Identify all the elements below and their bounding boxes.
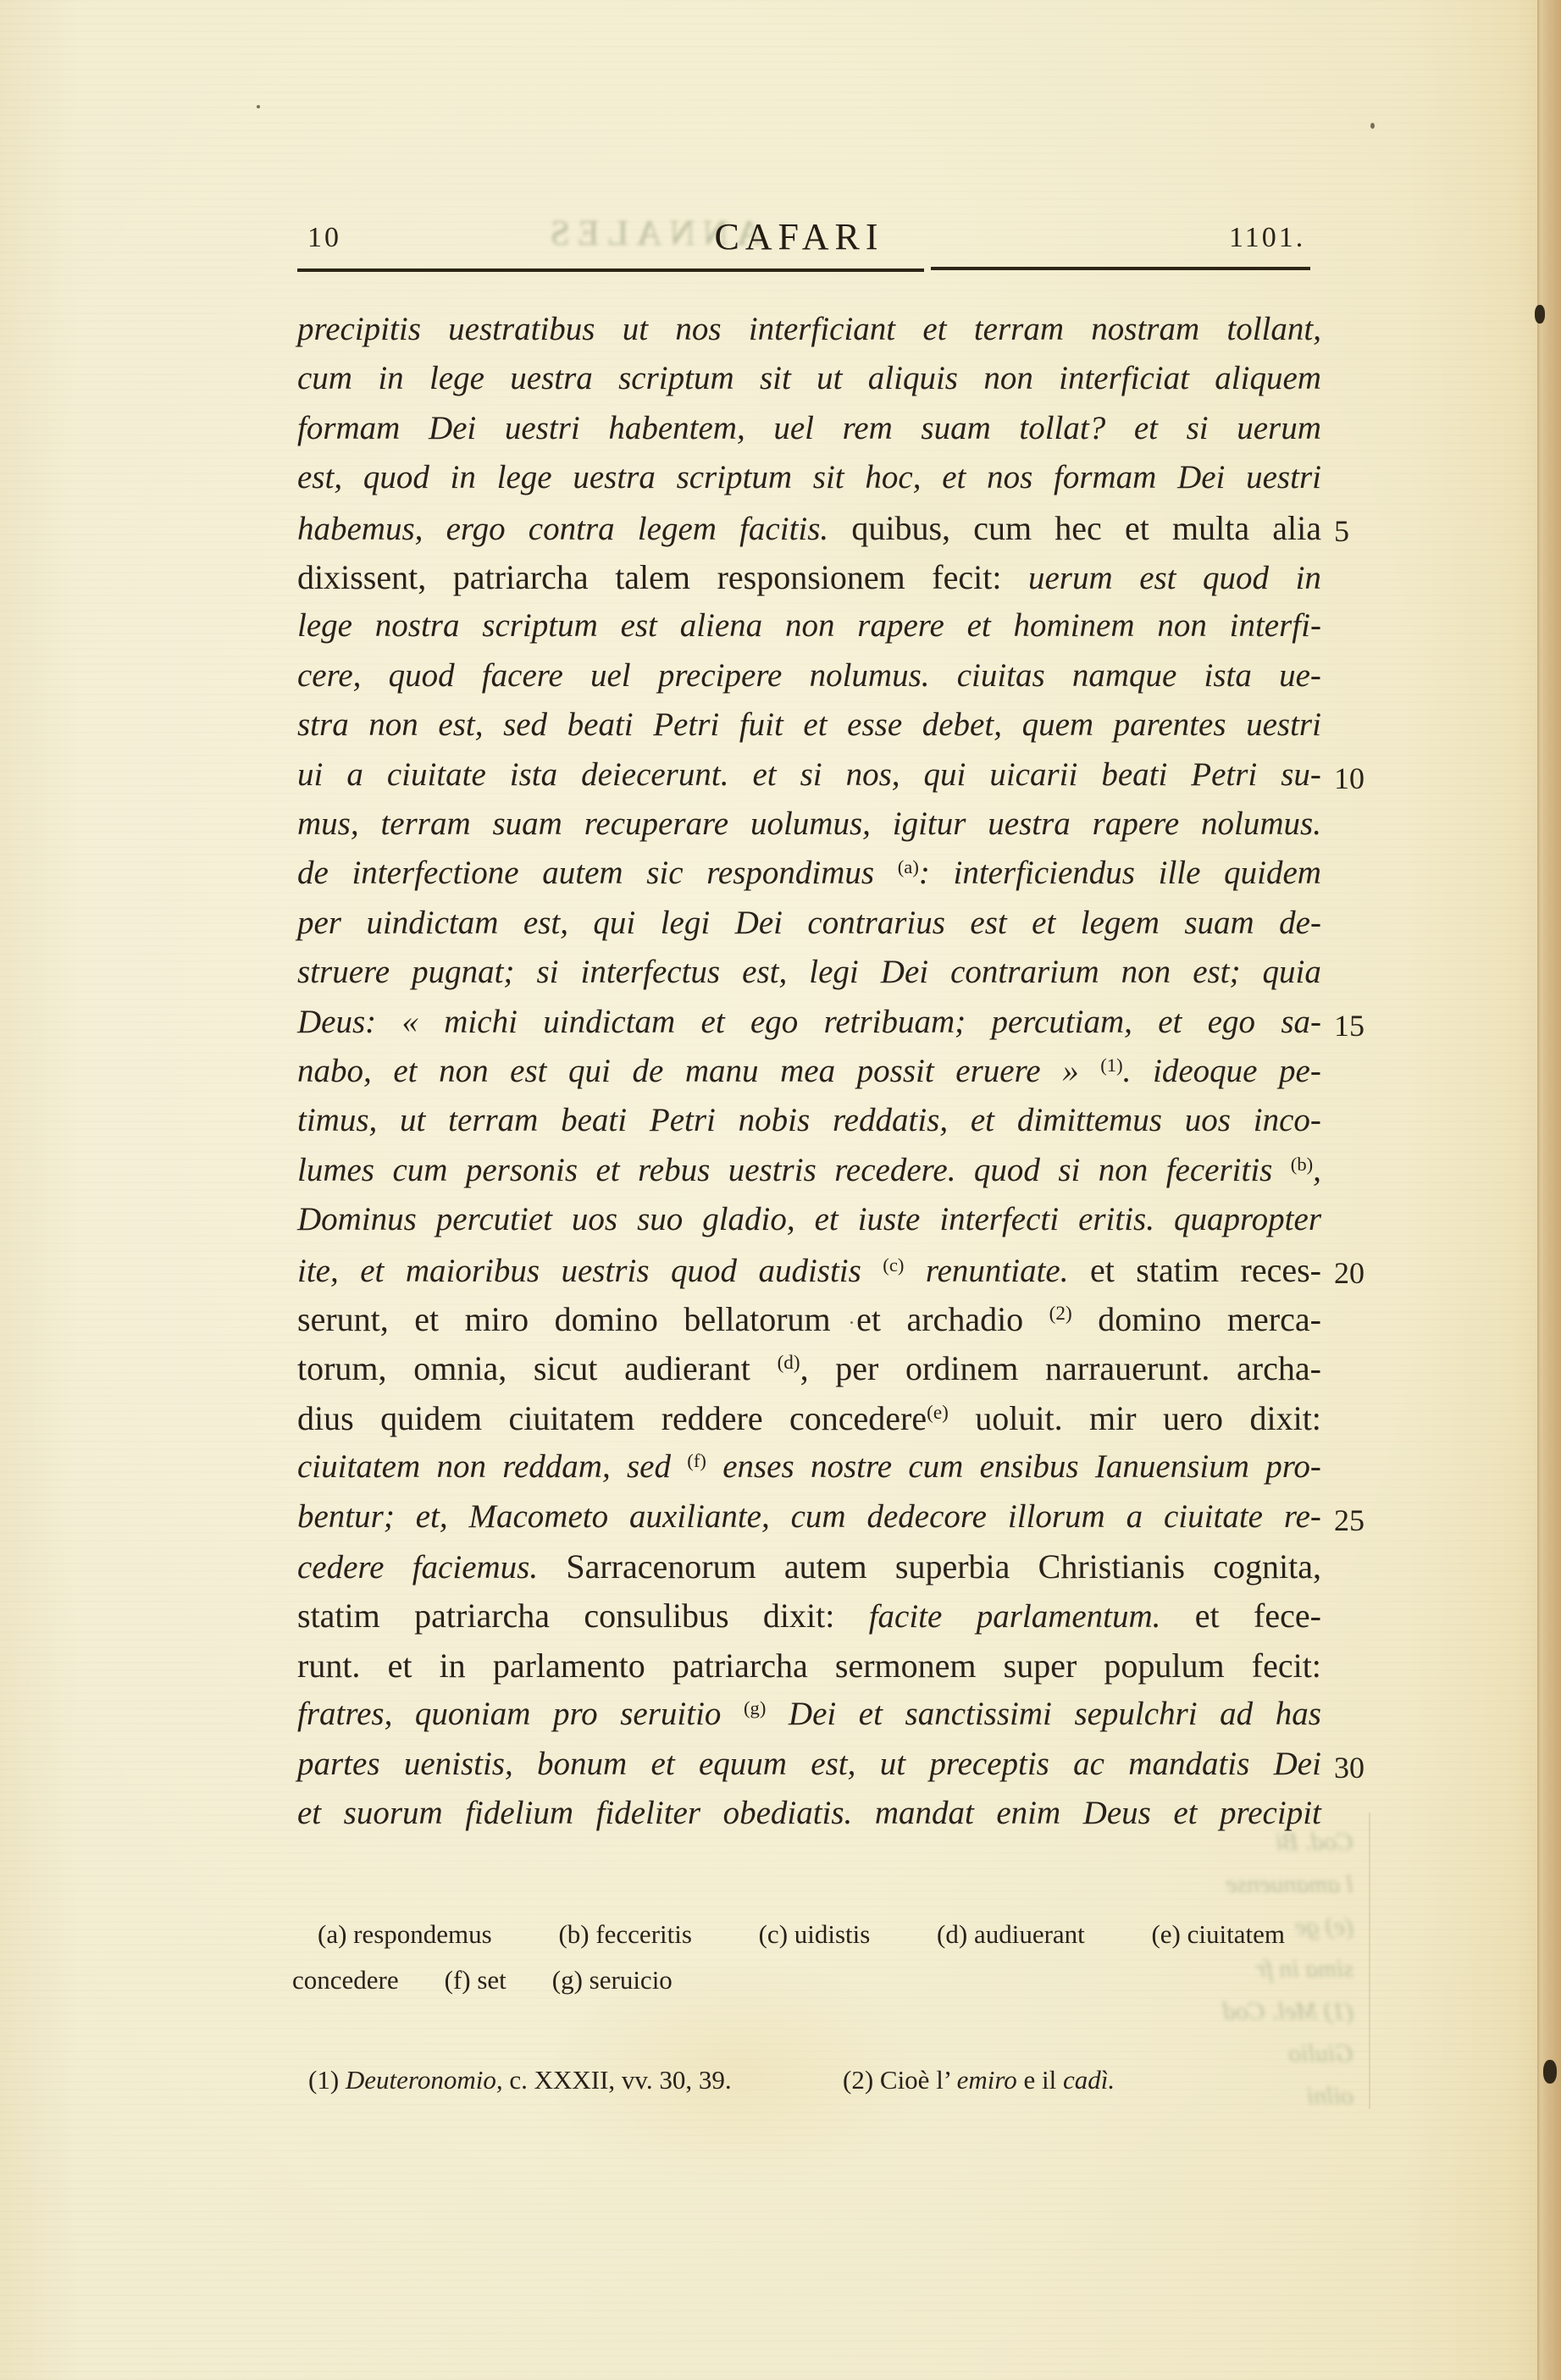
word: hominem	[1014, 606, 1135, 645]
word: sit	[760, 359, 791, 397]
word: sanctissimi	[905, 1695, 1052, 1733]
word: non	[368, 706, 418, 744]
word: Dei	[1177, 458, 1225, 496]
word: reddere	[661, 1398, 763, 1438]
word: uerum	[1028, 559, 1113, 597]
word: est	[621, 606, 657, 645]
word: Dei	[735, 904, 783, 942]
word: cum	[791, 1497, 846, 1536]
word: si	[1058, 1151, 1080, 1189]
word: obediatis.	[723, 1794, 853, 1832]
word: enim	[996, 1794, 1060, 1832]
word: eruere	[955, 1052, 1040, 1090]
footnote-segment: emiro	[957, 2065, 1017, 2095]
word: archadio	[906, 1299, 1023, 1339]
word: enses	[722, 1447, 794, 1486]
word: uolumus,	[750, 805, 871, 843]
bleedthrough-line: Giulio	[1184, 2040, 1353, 2068]
word: formam	[297, 409, 400, 447]
variant-note: (c) uidistis	[759, 1919, 871, 1950]
word: nos	[987, 458, 1032, 496]
word: et	[1158, 1003, 1182, 1041]
word: uestri	[505, 409, 580, 447]
word: nostram	[1091, 310, 1199, 348]
word: non	[436, 1447, 486, 1486]
word: archa-	[1237, 1348, 1321, 1388]
footnote-marker: (d)	[778, 1352, 800, 1374]
word: rem	[843, 409, 893, 447]
word: su-	[1281, 756, 1321, 794]
scanned-book-page: ANNALES 10 CAFARI 1101. precipitisuestra…	[0, 0, 1561, 2380]
word: parlamento	[493, 1646, 645, 1685]
word: legi	[809, 953, 858, 991]
word: ideoque	[1153, 1052, 1257, 1090]
text-line: cuminlegeuestrascriptumsitutaliquisnonin…	[297, 359, 1321, 401]
word: populum	[1104, 1646, 1224, 1685]
word: preceptis	[929, 1745, 1049, 1783]
word: Deus:	[297, 1003, 376, 1041]
word: ad	[1220, 1695, 1253, 1733]
footnote-1: (1) Deuteronomio, c. XXXII, vv. 30, 39.	[308, 2065, 732, 2095]
word: scriptum	[677, 458, 793, 496]
word: beati	[567, 706, 634, 744]
word: qui	[568, 1052, 611, 1090]
word: manu	[685, 1052, 759, 1090]
word: uerum	[1237, 409, 1321, 447]
text-line: legenostrascriptumestalienanonrapereetho…	[297, 606, 1321, 649]
word: Dei	[1274, 1745, 1321, 1783]
word: quibus,	[851, 508, 950, 548]
word: Petri	[650, 1101, 716, 1139]
word: personis	[466, 1151, 578, 1189]
word: nobis	[739, 1101, 811, 1139]
text-line: est,quodinlegeuestrascriptumsithoc,etnos…	[297, 458, 1321, 501]
word: re-	[1284, 1497, 1321, 1536]
word: beati	[561, 1101, 627, 1139]
variant-note: (d) audiuerant	[937, 1919, 1085, 1950]
word: ordinem	[905, 1348, 1018, 1388]
word: struere	[297, 953, 390, 991]
word: uel	[773, 409, 814, 447]
word: ensibus	[980, 1447, 1079, 1486]
word: si	[536, 953, 558, 991]
word: omnia,	[413, 1348, 506, 1388]
footnote-segment: (1)	[308, 2065, 346, 2095]
word: uindictam	[366, 904, 498, 942]
bleedthrough-line: Cod. Bi	[1184, 1828, 1353, 1857]
word: in	[440, 1646, 466, 1685]
word: non	[785, 606, 835, 645]
word: concedere(e)	[789, 1398, 949, 1438]
word: possit	[857, 1052, 934, 1090]
text-line: stranonest,sedbeatiPetrifuitetessedebet,…	[297, 706, 1321, 748]
word: lege	[297, 606, 352, 645]
footnote-segment: c. XXXII, vv. 30, 39.	[503, 2065, 732, 2095]
paper-speck	[850, 1321, 853, 1324]
word: interfectus	[580, 953, 720, 991]
word: ciuitate	[1164, 1497, 1263, 1536]
word: suam	[921, 409, 990, 447]
word: sicut	[534, 1348, 598, 1388]
footnote-marker: (b)	[1291, 1154, 1313, 1175]
word: et	[967, 606, 991, 645]
word: runt.	[297, 1646, 360, 1685]
word: legem	[1081, 904, 1160, 942]
word: contra	[529, 510, 615, 548]
page-number-right: 1101.	[1229, 222, 1305, 254]
word: statim	[1136, 1250, 1219, 1290]
word: contrarius	[807, 904, 945, 942]
footnote-segment: cadì.	[1063, 2065, 1115, 2095]
word: non	[1099, 1151, 1149, 1189]
word: gladio,	[702, 1200, 794, 1238]
word: et	[297, 1794, 321, 1832]
word: aliquem	[1215, 359, 1321, 397]
word: alia	[1272, 508, 1321, 548]
word: nos,	[846, 756, 900, 794]
word: et	[1125, 508, 1149, 548]
margin-line-number: 25	[1334, 1503, 1393, 1538]
bleedthrough-block: Cod. Bil amanuense(e) gesima in fr(1) Me…	[1184, 1828, 1353, 2133]
word: fratres,	[297, 1695, 392, 1733]
word: sic	[646, 854, 683, 892]
word: interficiat	[1059, 359, 1189, 397]
text-line: ite,etmaioribusuestrisquodaudistis(c)ren…	[297, 1250, 1321, 1292]
word: (b),	[1291, 1151, 1321, 1189]
word: uestri	[1246, 458, 1321, 496]
margin-line-number: 20	[1334, 1255, 1393, 1291]
word: mandatis	[1128, 1745, 1249, 1783]
word: (2)	[1049, 1299, 1072, 1339]
word: non	[439, 1052, 489, 1090]
word: (a):	[898, 854, 930, 892]
text-line: Deus:«michiuindictametegoretribuam;percu…	[297, 1003, 1321, 1045]
word: lege	[497, 458, 552, 496]
word: (c)	[883, 1252, 904, 1290]
word: uestris	[562, 1252, 650, 1290]
word: uos	[1185, 1101, 1231, 1139]
word: precipit	[1220, 1794, 1321, 1832]
word: Sarracenorum	[566, 1547, 756, 1586]
word: merca-	[1227, 1299, 1321, 1339]
word: illorum	[1008, 1497, 1105, 1536]
word: dius	[297, 1398, 354, 1438]
word: Dei	[789, 1695, 836, 1733]
text-line: formamDeiuestrihabentem,uelremsuamtollat…	[297, 409, 1321, 451]
paper-speck	[257, 105, 260, 108]
word: domino	[1098, 1299, 1201, 1339]
word: aliquis	[868, 359, 958, 397]
word: mandat	[875, 1794, 974, 1832]
variant-note: (b) fecceritis	[558, 1919, 691, 1950]
word: terram	[380, 805, 470, 843]
word: interfecti	[939, 1200, 1059, 1238]
word: habentem,	[608, 409, 745, 447]
word: quod	[363, 458, 429, 496]
word: reddam,	[502, 1447, 610, 1486]
text-line: cere,quodfacereuelpreciperenolumus.ciuit…	[297, 656, 1321, 699]
word: dixit:	[1249, 1398, 1320, 1438]
word: (1).	[1100, 1052, 1131, 1090]
word: retribuam;	[824, 1003, 966, 1041]
word: namque	[1072, 656, 1176, 695]
word: et	[360, 1252, 384, 1290]
word: nostra	[375, 606, 460, 645]
word: et	[922, 310, 946, 348]
word: et	[1032, 904, 1055, 942]
binding-stitch-bottom	[1543, 2060, 1557, 2084]
word: serunt,	[297, 1299, 389, 1339]
margin-line-number: 5	[1334, 513, 1393, 549]
word: nos	[675, 310, 721, 348]
word: mir	[1089, 1398, 1137, 1438]
word: est,	[742, 953, 787, 991]
word: et	[942, 458, 966, 496]
word: (g)	[744, 1695, 766, 1733]
word: est	[510, 1052, 546, 1090]
footnote-2: (2) Cioè l’ emiro e il cadì.	[843, 2065, 1115, 2095]
word: cere,	[297, 656, 361, 695]
word: multa	[1172, 508, 1249, 548]
word: respondimus	[706, 854, 874, 892]
word: facite	[869, 1597, 943, 1636]
word: cum	[392, 1151, 447, 1189]
word: Petri	[653, 706, 719, 744]
word: ergo	[446, 510, 506, 548]
word: quod	[1203, 559, 1269, 597]
word: superbia	[895, 1547, 1010, 1586]
word: quem	[1022, 706, 1093, 744]
word: ac	[1073, 1745, 1104, 1783]
word: partes	[297, 1745, 380, 1783]
word: interficiendus	[954, 854, 1135, 892]
word: ciuitate	[387, 756, 486, 794]
word: beati	[1101, 756, 1167, 794]
word: interficiant	[749, 310, 895, 348]
word: pe-	[1279, 1052, 1321, 1090]
word: per	[835, 1348, 878, 1388]
word: fuit	[739, 706, 783, 744]
word: aliena	[680, 606, 762, 645]
word: ego	[750, 1003, 798, 1041]
word: audierant	[624, 1348, 750, 1388]
word: ista	[1204, 656, 1252, 695]
word: et	[595, 1151, 619, 1189]
text-line: diusquidemciuitatemreddereconcedere(e)uo…	[297, 1398, 1321, 1441]
word: ue-	[1279, 656, 1321, 695]
word: »	[1062, 1052, 1079, 1090]
word: uestri	[1246, 706, 1321, 744]
word: suorum	[344, 1794, 443, 1832]
running-title: CAFARI	[297, 215, 1301, 258]
word: fecit:	[932, 557, 1001, 597]
word: dixit:	[763, 1596, 834, 1636]
word: interfi-	[1230, 606, 1321, 645]
word: Macometo	[469, 1497, 609, 1536]
word: renuntiate.	[926, 1252, 1069, 1290]
word: terram	[448, 1101, 538, 1139]
footnote-marker: (a)	[898, 856, 919, 877]
word: legi	[661, 904, 710, 942]
word: a	[346, 756, 363, 794]
word: et	[815, 1200, 839, 1238]
word: domino	[555, 1299, 658, 1339]
word: autem	[542, 854, 623, 892]
footnote-marker: (g)	[744, 1697, 766, 1719]
page-edge	[1537, 0, 1561, 2380]
margin-line-number: 30	[1334, 1750, 1393, 1785]
word: et	[752, 756, 776, 794]
header-rule-right-segment	[931, 267, 1310, 270]
bleedthrough-line: (e) ge	[1184, 1912, 1353, 1941]
text-line: runt.etinparlamentopatriarchasermonemsup…	[297, 1646, 1321, 1688]
word: deiecerunt.	[581, 756, 728, 794]
word: ut	[880, 1745, 905, 1783]
word: rapere	[857, 606, 944, 645]
word: Deus	[1083, 1794, 1151, 1832]
binding-stitch-top	[1535, 305, 1545, 324]
bleedthrough-line: (1) Mel. Cod	[1184, 1997, 1353, 2026]
word: uindictam	[543, 1003, 675, 1041]
word: quoniam	[415, 1695, 531, 1733]
footnote-segment: (2) Cioè l’	[843, 2065, 957, 2095]
word: est,	[297, 458, 342, 496]
word: uestra	[573, 458, 656, 496]
word: et	[414, 1299, 439, 1339]
word: ut	[623, 310, 648, 348]
word: quod	[671, 1252, 737, 1290]
word: audistis	[758, 1252, 861, 1290]
word: est	[1139, 559, 1176, 597]
variant-note: (f) set	[445, 1965, 506, 1995]
word: bellatorum	[684, 1299, 830, 1339]
word: parlamentum.	[977, 1597, 1161, 1636]
word: timus,	[297, 1101, 377, 1139]
word: esse	[847, 706, 902, 744]
text-line: struerepugnat;siinterfectusest,legiDeico…	[297, 953, 1321, 995]
word: uenistis,	[404, 1745, 513, 1783]
word: cum	[297, 359, 352, 397]
word: et	[859, 1695, 883, 1733]
word: et	[971, 1101, 994, 1139]
word: seruitio	[620, 1695, 721, 1733]
word: (d),	[778, 1348, 809, 1388]
word: habemus,	[297, 510, 423, 548]
word: patriarcha	[453, 557, 589, 597]
word: debet,	[922, 706, 1002, 744]
bleedthrough-line: oilni	[1184, 2082, 1353, 2111]
word: in	[1296, 559, 1321, 597]
word: et,	[416, 1497, 448, 1536]
word: super	[1004, 1646, 1077, 1685]
word: cum	[908, 1447, 963, 1486]
word: cum	[973, 508, 1032, 548]
word: sa-	[1281, 1003, 1321, 1041]
word: Ianuensium	[1095, 1447, 1249, 1486]
word: de	[632, 1052, 663, 1090]
footnote-marker: (e)	[927, 1402, 949, 1424]
word: faciemus.	[412, 1548, 538, 1586]
word: lege	[429, 359, 484, 397]
margin-line-number: 15	[1334, 1008, 1393, 1043]
word: est,	[811, 1745, 855, 1783]
word: est;	[1193, 953, 1240, 991]
paper-crease	[1369, 1813, 1370, 2109]
word: dixissent,	[297, 557, 426, 597]
text-line: partesuenistis,bonumetequumest,utprecept…	[297, 1745, 1321, 1787]
word: Dominus	[297, 1200, 417, 1238]
word: si	[1187, 409, 1209, 447]
word: (f)	[687, 1447, 706, 1486]
word: sed	[627, 1447, 671, 1486]
word: torum,	[297, 1348, 387, 1388]
word: ego	[1208, 1003, 1255, 1041]
word: reces-	[1241, 1250, 1321, 1290]
text-line: torum,omnia,sicutaudierant(d),perordinem…	[297, 1348, 1321, 1391]
word: et	[1195, 1596, 1220, 1636]
word: pugnat;	[412, 953, 514, 991]
word: rebus	[638, 1151, 710, 1189]
word: si	[800, 756, 822, 794]
word: uestris	[728, 1151, 816, 1189]
word: et	[1173, 1794, 1197, 1832]
word: michi	[444, 1003, 518, 1041]
word: percutiet	[436, 1200, 552, 1238]
word: maioribus	[406, 1252, 540, 1290]
word: quia	[1263, 953, 1321, 991]
word: dedecore	[866, 1497, 986, 1536]
word: dimittemus	[1017, 1101, 1162, 1139]
word: contrarium	[950, 953, 1099, 991]
variant-note: (g) seruicio	[552, 1965, 673, 1995]
word: scriptum	[482, 606, 598, 645]
word: «	[401, 1003, 418, 1041]
variant-notes-row-2: concedere(f) set(g) seruicio	[292, 1965, 673, 1995]
text-line: deinterfectioneautemsicrespondimus(a):in…	[297, 854, 1321, 896]
word: iuste	[858, 1200, 921, 1238]
word: uos	[572, 1200, 617, 1238]
word: de-	[1279, 904, 1321, 942]
text-line: peruindictamest,quilegiDeicontrariuseste…	[297, 904, 1321, 946]
text-line: uiaciuitateistadeiecerunt.etsinos,quiuic…	[297, 756, 1321, 798]
word: has	[1276, 1695, 1321, 1733]
word: mus,	[297, 805, 359, 843]
word: suam	[1184, 904, 1254, 942]
word: a	[1126, 1497, 1143, 1536]
word: precipere	[658, 656, 783, 695]
word: hoc,	[865, 458, 921, 496]
word: igitur	[893, 805, 966, 843]
word: et	[1090, 1250, 1115, 1290]
variant-notes-row-1: (a) respondemus(b) fecceritis(c) uidisti…	[318, 1919, 1285, 1950]
text-line: Dominuspercutietuossuogladio,etiusteinte…	[297, 1200, 1321, 1243]
word: reddatis,	[833, 1101, 948, 1139]
word: est,	[523, 904, 568, 942]
text-line: ciuitatemnonreddam,sed(f)ensesnostrecume…	[297, 1447, 1321, 1490]
word: feceritis	[1166, 1151, 1273, 1189]
word: non	[1121, 953, 1171, 991]
word: qui	[593, 904, 635, 942]
word: eritis.	[1078, 1200, 1154, 1238]
word: patriarcha	[673, 1646, 808, 1685]
bleedthrough-line: l amanuense	[1184, 1870, 1353, 1899]
word: Christianis	[1038, 1547, 1185, 1586]
word: pro-	[1265, 1447, 1321, 1486]
footnote-marker: (2)	[1049, 1303, 1072, 1325]
word: interfectione	[352, 854, 518, 892]
word: stra	[297, 706, 349, 744]
paper-speck	[1370, 123, 1375, 129]
